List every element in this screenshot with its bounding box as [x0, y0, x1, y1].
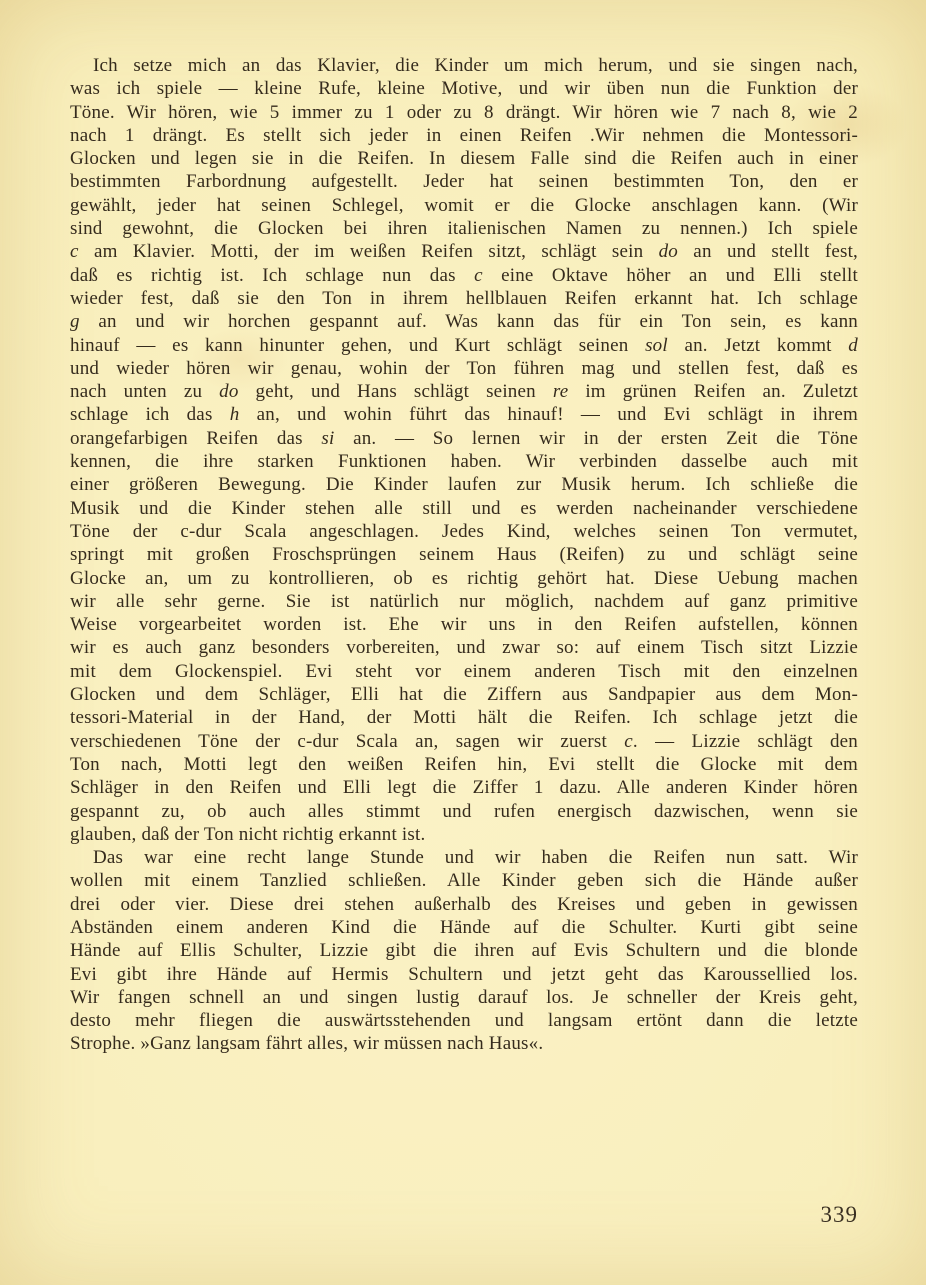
- text-line: nach unten zu do geht, und Hans schlägt …: [70, 380, 858, 403]
- text-line: Musik und die Kinder stehen alle still u…: [70, 497, 858, 520]
- text-line: wir es auch ganz besonders vorbereiten, …: [70, 636, 858, 659]
- text-line: orangefarbigen Reifen das si an. — So le…: [70, 427, 858, 450]
- text-line: drei oder vier. Diese drei stehen außerh…: [70, 893, 858, 916]
- text-line: Evi gibt ihre Hände auf Hermis Schultern…: [70, 963, 858, 986]
- text-line: Abständen einem anderen Kind die Hände a…: [70, 916, 858, 939]
- text-line: sind gewohnt, die Glocken bei ihren ital…: [70, 217, 858, 240]
- text-line: gespannt zu, ob auch alles stimmt und ru…: [70, 800, 858, 823]
- text-line: Schläger in den Reifen und Elli legt die…: [70, 776, 858, 799]
- text-line: Töne. Wir hören, wie 5 immer zu 1 oder z…: [70, 101, 858, 124]
- text-line: wir alle sehr gerne. Sie ist natürlich n…: [70, 590, 858, 613]
- text-line: hinauf — es kann hinunter gehen, und Kur…: [70, 334, 858, 357]
- text-line: tessori-Material in der Hand, der Motti …: [70, 706, 858, 729]
- page-number: 339: [796, 1202, 858, 1228]
- text-line: wollen mit einem Tanzlied schließen. All…: [70, 869, 858, 892]
- text-line: bestimmten Farbordnung aufgestellt. Jede…: [70, 170, 858, 193]
- page-text: Ich setze mich an das Klavier, die Kinde…: [70, 54, 858, 1056]
- text-line: schlage ich das h an, und wohin führt da…: [70, 403, 858, 426]
- text-line: kennen, die ihre starken Funktionen habe…: [70, 450, 858, 473]
- paragraph: Das war eine recht lange Stunde und wir …: [70, 846, 858, 1056]
- text-line: Strophe. »Ganz langsam fährt alles, wir …: [70, 1032, 858, 1055]
- text-line: gewählt, jeder hat seinen Schlegel, womi…: [70, 194, 858, 217]
- paragraph: Ich setze mich an das Klavier, die Kinde…: [70, 54, 858, 846]
- text-line: Hände auf Ellis Schulter, Lizzie gibt di…: [70, 939, 858, 962]
- text-line: glauben, daß der Ton nicht richtig erkan…: [70, 823, 858, 846]
- text-line: wieder fest, daß sie den Ton in ihrem he…: [70, 287, 858, 310]
- text-line: Das war eine recht lange Stunde und wir …: [70, 846, 858, 869]
- text-line: g an und wir horchen gespannt auf. Was k…: [70, 310, 858, 333]
- text-line: desto mehr fliegen die auswärtsstehenden…: [70, 1009, 858, 1032]
- text-line: Ton nach, Motti legt den weißen Reifen h…: [70, 753, 858, 776]
- text-line: Glocken und legen sie in die Reifen. In …: [70, 147, 858, 170]
- text-line: Glocken und dem Schläger, Elli hat die Z…: [70, 683, 858, 706]
- text-line: springt mit großen Froschsprüngen seinem…: [70, 543, 858, 566]
- text-line: Weise vorgearbeitet worden ist. Ehe wir …: [70, 613, 858, 636]
- text-line: Glocke an, um zu kontrollieren, ob es ri…: [70, 567, 858, 590]
- scanned-page: Ich setze mich an das Klavier, die Kinde…: [0, 0, 926, 1285]
- text-line: und wieder hören wir genau, wohin der To…: [70, 357, 858, 380]
- text-line: verschiedenen Töne der c-dur Scala an, s…: [70, 730, 858, 753]
- text-line: daß es richtig ist. Ich schlage nun das …: [70, 264, 858, 287]
- text-line: mit dem Glockenspiel. Evi steht vor eine…: [70, 660, 858, 683]
- text-line: was ich spiele — kleine Rufe, kleine Mot…: [70, 77, 858, 100]
- text-line: Wir fangen schnell an und singen lustig …: [70, 986, 858, 1009]
- text-line: c am Klavier. Motti, der im weißen Reife…: [70, 240, 858, 263]
- text-line: Ich setze mich an das Klavier, die Kinde…: [70, 54, 858, 77]
- text-line: Töne der c-dur Scala angeschlagen. Jedes…: [70, 520, 858, 543]
- text-line: einer größeren Bewegung. Die Kinder lauf…: [70, 473, 858, 496]
- text-line: nach 1 drängt. Es stellt sich jeder in e…: [70, 124, 858, 147]
